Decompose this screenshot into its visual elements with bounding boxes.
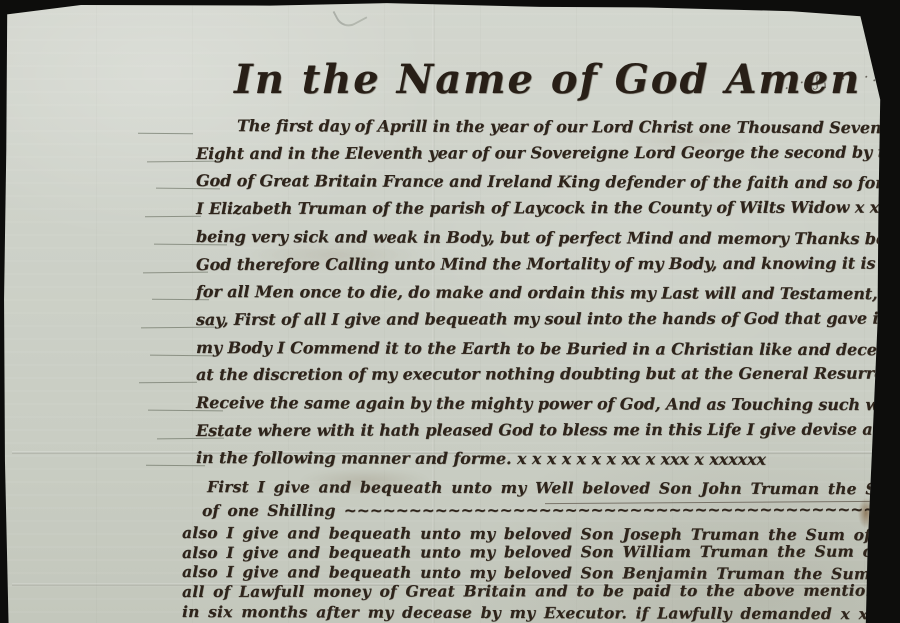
margin-rule-line <box>145 216 201 218</box>
manuscript-line: in six months after my decease by my Exe… <box>182 602 900 623</box>
document-heading: In the Name of God Amen <box>234 56 861 103</box>
manuscript-line: at the discretion of my executor nothing… <box>196 360 900 389</box>
manuscript-line: Estate where with it hath pleased God to… <box>196 415 900 444</box>
manuscript-line: say, First of all I give and bequeath my… <box>196 304 900 333</box>
manuscript-page: In the Name of God Amen ·. ·:ʃ¦˙·· ·. ¦ … <box>0 0 900 623</box>
manuscript-line: God therefore Calling unto Mind the Mort… <box>196 249 900 278</box>
manuscript-line: all of Lawfull money of Great Britain an… <box>182 580 900 602</box>
manuscript-line: in the following manner and forme. x x x… <box>196 444 900 474</box>
manuscript-line: being very sick and weak in Body, but of… <box>196 223 900 253</box>
bequest-paragraph: First I give and bequeath unto my Well b… <box>182 477 900 621</box>
opening-paragraph: The first day of Aprill in the year of o… <box>196 112 900 472</box>
manuscript-line: also I give and bequeath unto my beloved… <box>182 541 900 563</box>
margin-rule-line <box>139 382 197 384</box>
pencil-mark <box>332 0 367 31</box>
manuscript-line: Eight and in the Eleventh year of our So… <box>196 138 900 167</box>
manuscript-line: I Elizabeth Truman of the parish of Layc… <box>196 193 900 222</box>
scanned-document: In the Name of God Amen ·. ·:ʃ¦˙·· ·. ¦ … <box>0 0 900 623</box>
manuscript-line: of one Shilling ~~~~~~~~~~~~~~~~~~~~~~~~… <box>182 499 900 521</box>
margin-rule-line <box>138 133 193 135</box>
manuscript-line: First I give and bequeath unto my Well b… <box>182 477 900 499</box>
